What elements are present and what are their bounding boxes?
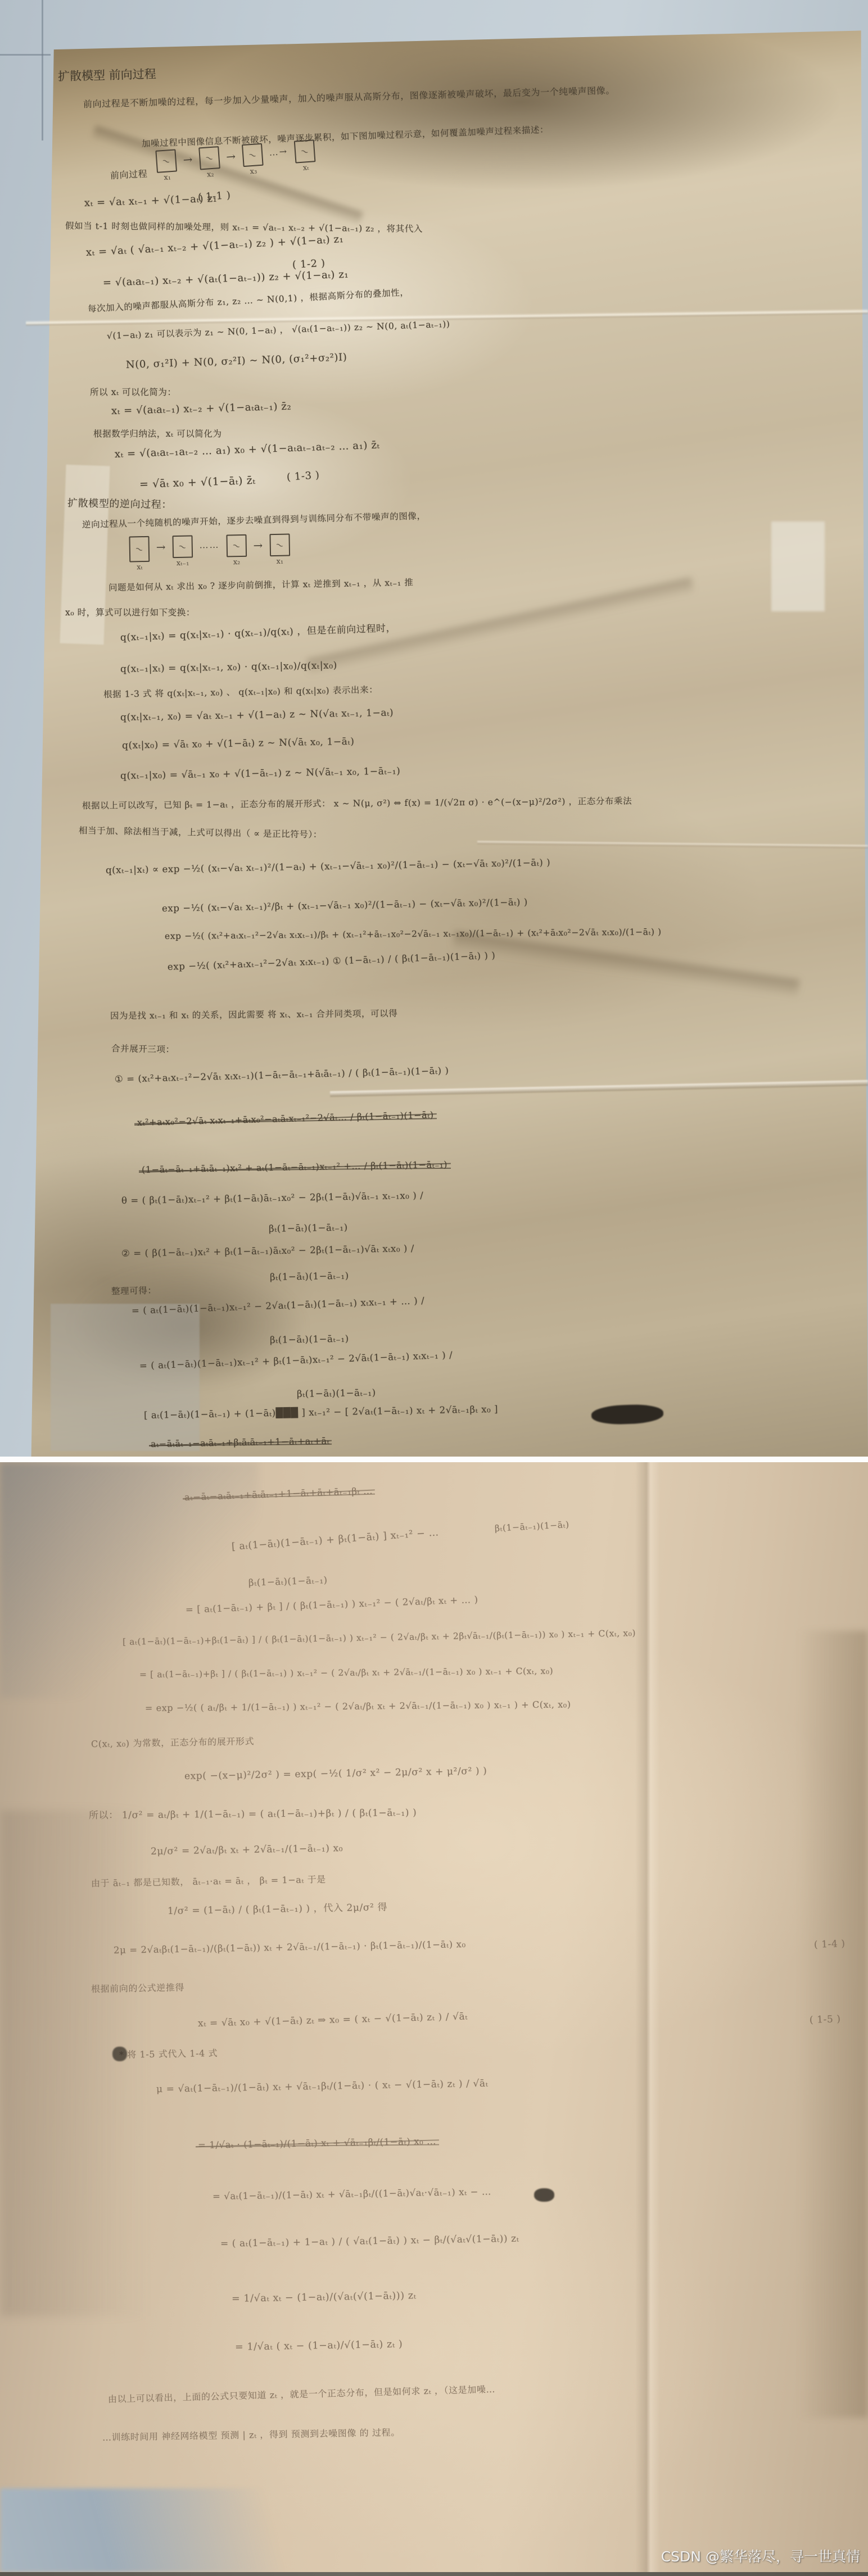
box-label: x₁ [276,557,283,566]
box-label: x₁ [164,173,171,182]
image-box: ~ [198,146,220,170]
handwriting-line: 所以 xₜ 可以化简为： [90,387,177,398]
image-box: ~ [172,536,193,559]
box-label: xₜ [302,164,309,173]
sketch-scribble-icon: ~ [204,151,215,165]
reverse-process-diagram: ~xₜ → ~xₜ₋₁ …… ~x₂ → ~x₁ [129,534,290,572]
handwriting-line: 根据前向的公式逆推得 [91,1982,184,1996]
box-label: x₃ [250,167,257,176]
arrow-icon: → [183,152,193,166]
sketch-scribble-icon: ~ [273,538,286,552]
photo-top: 扩散模型 前向过程 ~x₁ → ~x₂ → ~x₃ …→ ~xₜ ~xₜ → ~… [0,0,868,1457]
image-box: ~ [242,143,264,167]
arrow-icon: → [253,538,263,552]
image-box: ~ [155,149,177,173]
screenshot-page: 扩散模型 前向过程 ~x₁ → ~x₂ → ~x₃ …→ ~xₜ ~xₜ → ~… [0,0,868,2576]
photo-bottom-edge [0,2572,868,2576]
scribble-blot [112,2047,127,2061]
image-box: ~ [269,534,290,557]
sketch-scribble-icon: ~ [177,539,189,554]
sketch-scribble-icon: ~ [133,542,146,556]
handwriting-line: ( 1-4 ) [814,1938,846,1951]
sketch-scribble-icon: ~ [299,144,310,158]
handwriting-line: ( 1-5 ) [810,2013,841,2026]
handwriting-line: 整理可得： [111,1285,157,1298]
arrow-icon: → [156,540,166,554]
handwriting-line: 合并展开三项： [111,1043,175,1055]
ellipsis-dots: …… [199,539,219,551]
handwriting-line: 扩散模型的逆向过程： [67,497,172,512]
floor-tile-seam-horizontal [0,54,51,56]
handwriting-line: 根据数学归纳法，xₜ 可以简化为 [93,428,222,439]
handwriting-line: ( 1-1 ) [197,189,231,204]
floor-tile-seam-vertical [42,0,43,140]
sketch-scribble-icon: ~ [230,539,243,553]
arrow-icon: → [225,149,236,164]
box-label: xₜ [137,563,143,572]
box-label: x₂ [233,558,241,566]
box-label: xₜ₋₁ [177,559,189,568]
sketch-scribble-icon: ~ [246,148,258,162]
sketch-scribble-icon: ~ [160,154,172,168]
handwriting-line: βₜ(1−āₜ)(1−āₜ₋₁) [270,1270,349,1284]
page-title: 扩散模型 前向过程 [58,65,156,85]
handwriting-line: 前向过程 [110,169,147,182]
image-box: ~ [129,536,150,563]
handwriting-line: ( 1-3 ) [286,469,320,484]
image-box: ~ [226,534,247,557]
ink-blot [534,2188,554,2202]
kraft-paper-sheet-top [0,0,868,1457]
handwriting-line: * 将 1-5 式代入 1-4 式 [119,2048,218,2061]
handwriting-line: ( 1-2 ) [292,257,325,271]
ellipsis-arrow: …→ [269,146,288,158]
handwriting-line: βₜ(1−āₜ)(1−āₜ₋₁) [269,1222,348,1235]
handwriting-line: βₜ(1−āₜ)(1−āₜ₋₁) [270,1333,349,1346]
csdn-watermark: CSDN @繁华落尽，寻一世真情 [661,2546,860,2566]
box-label: x₂ [207,170,215,179]
photo-bottom: aₜ−āₜ−aₜāₜ₋₁+āₜāₜ₋₁+1−āₜ+āₜ+āₜ₋₁βₜ …βₜ(1… [0,1462,868,2576]
handwriting-line: βₜ(1−āₜ)(1−āₜ₋₁) [297,1387,376,1400]
handwriting-line: x₀ 时，算式可以进行如下变换： [65,607,195,618]
photo-divider [0,1457,868,1462]
